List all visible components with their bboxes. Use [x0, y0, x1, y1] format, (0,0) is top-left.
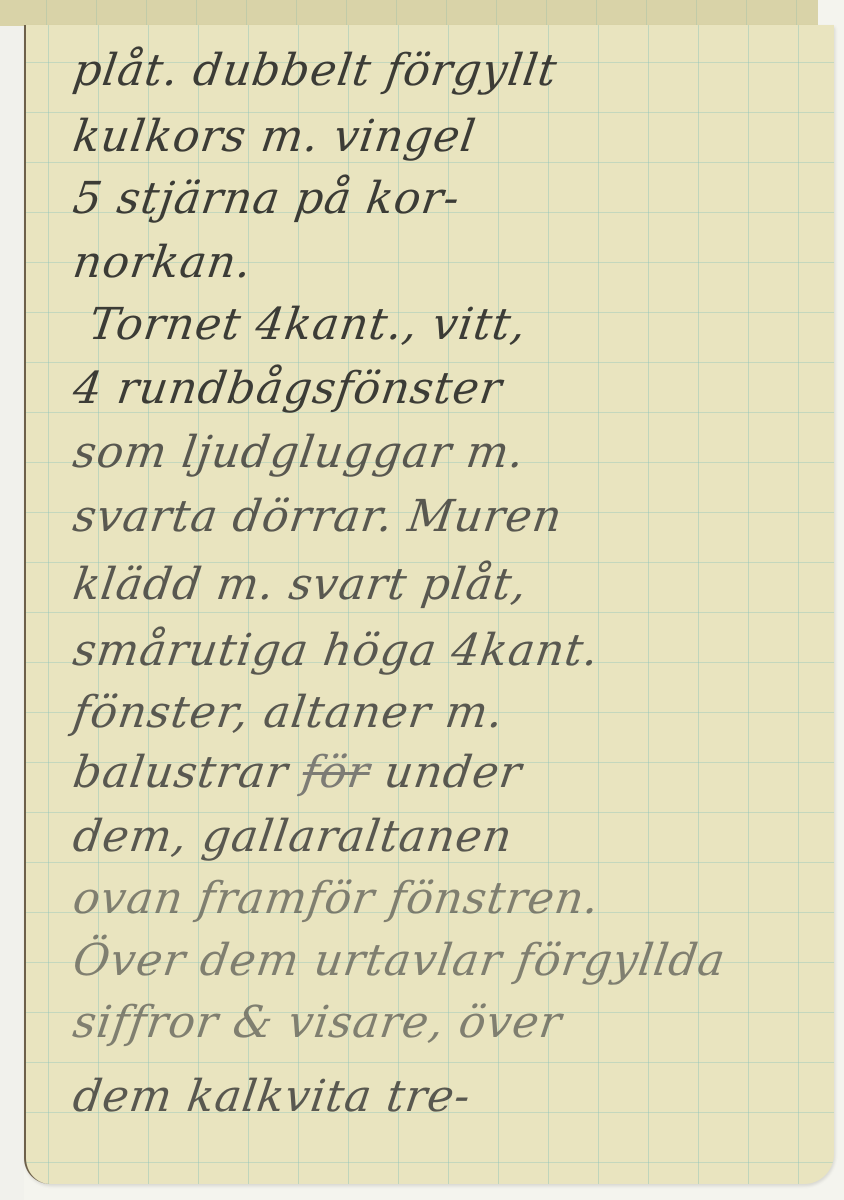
text-line-6: 4 rundbågsfönster — [70, 363, 506, 414]
notebook-page: plåt. dubbelt förgyllt kulkors m. vingel… — [24, 25, 834, 1184]
text-line-7: som ljudgluggar m. — [70, 427, 528, 478]
text-line-16: siffror & visare, över — [70, 997, 565, 1048]
text-line-1: plåt. dubbelt förgyllt — [70, 45, 561, 96]
text-line-5: Tornet 4kant., vitt, — [86, 299, 530, 350]
text-line-2: kulkors m. vingel — [70, 111, 479, 162]
text-line-12-end: under — [381, 747, 525, 798]
text-line-14: ovan framför fönstren. — [70, 873, 603, 924]
text-line-17: dem kalkvita tre- — [70, 1071, 474, 1122]
text-line-3: 5 stjärna på kor- — [70, 173, 463, 224]
text-line-12: balustrar för under — [70, 747, 525, 798]
struck-word: för — [299, 747, 373, 798]
text-line-4: norkan. — [70, 237, 255, 288]
handwritten-text: plåt. dubbelt förgyllt kulkors m. vingel… — [26, 25, 834, 1184]
text-line-13: dem, gallaraltanen — [70, 811, 516, 862]
notebook-scene: plåt. dubbelt förgyllt kulkors m. vingel… — [0, 0, 844, 1200]
text-line-9: klädd m. svart plåt, — [70, 559, 531, 610]
previous-page-edge — [0, 0, 818, 27]
text-line-10: smårutiga höga 4kant. — [70, 625, 602, 676]
text-line-8: svarta dörrar. Muren — [70, 491, 566, 542]
background-margin — [0, 26, 24, 1200]
text-line-12-start: balustrar — [70, 747, 292, 798]
text-line-11: fönster, altaner m. — [70, 687, 507, 738]
text-line-15: Över dem urtavlar förgyllda — [70, 935, 729, 986]
